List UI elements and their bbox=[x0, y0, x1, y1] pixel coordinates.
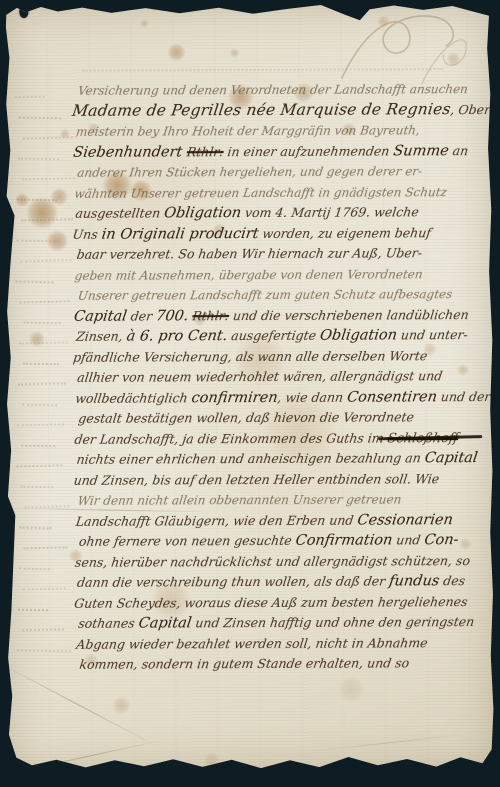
text-line: allhier von neuem wiederhohlet wären, al… bbox=[76, 365, 482, 387]
text-segment: fundus bbox=[388, 573, 440, 589]
bleedthrough-marks bbox=[22, 403, 57, 406]
text-line: baar verzehret. So haben Wir hiernach zu… bbox=[75, 242, 481, 264]
fox-stain bbox=[112, 697, 130, 715]
text-segment: Rthlr: bbox=[186, 144, 225, 159]
paper-hole bbox=[19, 6, 28, 18]
fox-stain bbox=[460, 538, 472, 550]
text-segment: und unter- bbox=[396, 327, 469, 342]
text-segment: allhier von neuem wiederhohlet wären, al… bbox=[76, 368, 443, 385]
text-line: sens, hierüber nachdrücklichst und aller… bbox=[74, 549, 483, 571]
bleedthrough-marks bbox=[22, 628, 64, 631]
text-segment: dann die verschreibung thun wollen, als … bbox=[76, 573, 390, 589]
fox-stain bbox=[342, 123, 356, 137]
text-line: gestalt bestätigen wollen, daß hievon di… bbox=[77, 406, 482, 428]
text-segment: und bbox=[391, 532, 425, 547]
text-segment: und Zinsen hafftig und ohne den geringst… bbox=[191, 614, 476, 630]
text-segment: Schloßhoff bbox=[387, 431, 460, 446]
text-segment: meisterin bey Ihro Hoheit der Marggräfin… bbox=[75, 123, 421, 139]
text-line: pfändliche Versicherung, als wann alle d… bbox=[72, 344, 482, 366]
text-segment: pfändliche Versicherung, als wann alle d… bbox=[72, 348, 428, 365]
text-segment: , Ober Hoff- bbox=[450, 101, 495, 116]
photo-background: Versicherung und denen Verordneten der L… bbox=[0, 0, 500, 787]
text-segment: Madame de Pegrilles née Marquise de Regn… bbox=[71, 100, 452, 120]
text-segment: , wie dann bbox=[277, 389, 349, 404]
bleedthrough-marks bbox=[21, 444, 55, 447]
text-segment: Siebenhundert bbox=[72, 144, 188, 161]
bleedthrough-marks bbox=[22, 177, 75, 180]
text-segment: Wir denn nicht allein obbenannten Unsere… bbox=[77, 492, 402, 507]
text-segment: ausgestellten bbox=[75, 205, 166, 220]
bleedthrough-marks bbox=[15, 96, 45, 99]
text-line: anderer Ihren Stücken hergeliehen, und g… bbox=[76, 160, 481, 182]
fox-stain bbox=[457, 364, 469, 376]
fox-stain bbox=[84, 654, 98, 668]
text-segment: wollbedächtiglich bbox=[74, 390, 192, 406]
text-line: wähnten Unserer getreuen Landschafft in … bbox=[73, 180, 481, 202]
text-line: ausgestellten Obligation vom 4. Martij 1… bbox=[74, 201, 481, 223]
text-segment: der bbox=[126, 308, 157, 323]
text-segment: des bbox=[438, 573, 466, 588]
text-line: der Landschafft, ja die Einkommen des Gu… bbox=[73, 426, 482, 448]
fox-stain bbox=[377, 15, 389, 27]
bleedthrough-marks bbox=[19, 567, 50, 570]
manuscript-text: Versicherung und denen Verordneten der L… bbox=[71, 78, 481, 674]
text-line: Abgang wieder bezahlet werden soll, nich… bbox=[75, 631, 483, 653]
bleedthrough-marks bbox=[20, 259, 71, 262]
text-segment: Rthlr: bbox=[191, 308, 230, 323]
text-line: ohne fernere von neuen gesuchte Confirma… bbox=[78, 529, 483, 551]
text-line: geben mit Ausnehmen, übergabe von denen … bbox=[74, 262, 482, 284]
text-segment: Confirmation bbox=[295, 532, 394, 548]
text-line: sothanes Capital und Zinsen hafftig und … bbox=[77, 611, 483, 633]
text-line: Zinsen, à 6. pro Cent. ausgefertigte Obl… bbox=[75, 324, 482, 346]
bleedthrough-marks bbox=[16, 280, 54, 283]
bleedthrough-marks bbox=[17, 198, 57, 201]
text-segment: geben mit Ausnehmen, übergabe von denen … bbox=[74, 267, 424, 283]
text-line: Wir denn nicht allein obbenannten Unsere… bbox=[77, 488, 483, 510]
text-segment: ohne fernere von neuen gesuchte bbox=[78, 533, 297, 549]
bleedthrough-marks bbox=[21, 218, 73, 221]
bleedthrough-marks bbox=[16, 239, 55, 242]
bleedthrough-marks bbox=[83, 68, 443, 72]
fox-stain bbox=[167, 43, 185, 61]
text-segment: anderer Ihren Stücken hergeliehen, und g… bbox=[76, 164, 423, 180]
text-segment: Landschafft Gläubigern, wie den Erben un… bbox=[75, 512, 359, 528]
fox-stain bbox=[102, 171, 132, 201]
text-segment: baar verzehret. So haben Wir hiernach zu… bbox=[76, 245, 423, 262]
text-segment: Versicherung und denen Verordneten der L… bbox=[77, 82, 469, 98]
text-segment: und der- bbox=[436, 388, 495, 403]
text-segment: Con- bbox=[423, 532, 459, 548]
bleedthrough-marks bbox=[23, 362, 59, 365]
fox-stain bbox=[60, 129, 70, 139]
bleedthrough-marks bbox=[23, 136, 77, 139]
text-line: Madame de Pegrilles née Marquise de Regn… bbox=[71, 98, 481, 120]
fox-stain bbox=[50, 188, 68, 206]
manuscript-page: Versicherung und denen Verordneten der L… bbox=[4, 2, 494, 773]
fox-stain bbox=[230, 48, 240, 58]
fox-stain bbox=[447, 52, 461, 66]
text-segment: Capital bbox=[424, 450, 479, 466]
text-segment: ausgefertigte bbox=[226, 328, 321, 343]
text-line: Guten Scheydes, woraus diese Auß zum bes… bbox=[73, 590, 483, 612]
bleedthrough-marks bbox=[18, 382, 66, 385]
text-line: Capital der 700. Rthlr: und die verschri… bbox=[73, 303, 482, 325]
fox-stain bbox=[423, 342, 437, 356]
bleedthrough-layer bbox=[4, 2, 491, 4]
text-segment: Consentiren bbox=[346, 389, 438, 405]
paper-vignette bbox=[4, 2, 494, 773]
fold-crease bbox=[7, 508, 217, 512]
fox-stain bbox=[234, 334, 286, 386]
fox-stain bbox=[151, 580, 191, 620]
text-line: kommen, sondern in gutem Stande erhalten… bbox=[78, 652, 483, 674]
bleedthrough-marks bbox=[24, 321, 61, 324]
text-segment: und Zinsen, bis auf den letzten Heller e… bbox=[73, 471, 441, 488]
bleedthrough-marks bbox=[20, 485, 53, 488]
text-segment: der Landschafft, ja die Einkommen des Gu… bbox=[74, 430, 389, 446]
bleedthrough-marks bbox=[18, 608, 48, 611]
text-segment: Zinsen, bbox=[75, 329, 128, 344]
fox-stain bbox=[15, 193, 29, 207]
text-line: Landschafft Gläubigern, wie den Erben un… bbox=[75, 508, 483, 530]
text-line: Unserer getreuen Landschafft zum guten S… bbox=[77, 283, 482, 305]
text-segment: Obligation bbox=[163, 205, 242, 221]
bleedthrough-marks bbox=[16, 464, 62, 467]
fold-creases bbox=[4, 2, 491, 4]
fox-stain bbox=[264, 394, 336, 466]
fold-crease bbox=[308, 734, 467, 752]
stains-layer bbox=[4, 2, 491, 4]
text-segment: Unserer getreuen Landschafft zum guten S… bbox=[77, 287, 453, 303]
text-segment: vom 4. Martij 1769. welche bbox=[240, 204, 420, 220]
bleedthrough-marks bbox=[17, 649, 71, 652]
text-segment: an bbox=[448, 143, 470, 158]
text-segment: Abgang wieder bezahlet werden soll, nich… bbox=[76, 635, 429, 652]
fox-stain bbox=[212, 223, 226, 237]
bleedthrough-marks bbox=[19, 341, 68, 344]
fox-stain bbox=[294, 83, 314, 103]
fox-stain bbox=[26, 197, 58, 229]
text-line: und Zinsen, bis auf den letzten Heller e… bbox=[72, 467, 482, 489]
fox-stain bbox=[69, 549, 83, 563]
text-segment: Capital bbox=[138, 615, 193, 631]
bleedthrough-marks bbox=[25, 505, 70, 508]
fox-stain bbox=[338, 677, 364, 703]
text-segment: Capital bbox=[73, 308, 128, 324]
text-segment: kommen, sondern in gutem Stande erhalten… bbox=[79, 655, 411, 671]
text-line: meisterin bey Ihro Hoheit der Marggräfin… bbox=[75, 119, 481, 141]
text-segment: und die verschriebenen landüblichen bbox=[228, 307, 470, 323]
bleedthrough-marks bbox=[20, 526, 52, 529]
bleedthrough-marks bbox=[19, 116, 61, 119]
fox-stain bbox=[140, 19, 148, 27]
text-line: Siebenhundert Rthlr: in einer aufzunehme… bbox=[72, 139, 481, 161]
paper-sheet: Versicherung und denen Verordneten der L… bbox=[4, 2, 494, 773]
text-line: wollbedächtiglich confirmiren, wie dann … bbox=[74, 385, 482, 407]
text-segment bbox=[187, 308, 193, 323]
text-line: Versicherung und denen Verordneten der L… bbox=[77, 78, 481, 100]
text-segment: à 6. pro Cent. bbox=[126, 328, 229, 344]
text-segment: confirmiren bbox=[190, 389, 278, 405]
fox-stain bbox=[88, 123, 100, 135]
fox-stain bbox=[194, 314, 206, 326]
heavy-strike-mark bbox=[378, 435, 482, 440]
text-segment: nichts einer ehrlichen und anheischigen … bbox=[76, 450, 426, 467]
text-segment: Cessionarien bbox=[356, 512, 454, 528]
text-segment: worden, zu eigenem behuf bbox=[258, 225, 432, 241]
text-segment: Summe bbox=[392, 143, 450, 159]
bleedthrough-marks bbox=[17, 423, 64, 426]
text-segment: 700. bbox=[155, 308, 189, 324]
bleedthrough-marks bbox=[23, 587, 66, 590]
text-line: dann die verschreibung thun wollen, als … bbox=[76, 570, 483, 592]
text-line: Uns in Originali producirt worden, zu ei… bbox=[71, 221, 481, 243]
fold-crease bbox=[4, 662, 157, 747]
text-segment: Guten Scheydes, woraus diese Auß zum bes… bbox=[73, 594, 468, 611]
text-segment: sens, hierüber nachdrücklichst und aller… bbox=[74, 553, 471, 570]
fox-stain bbox=[204, 752, 220, 768]
bleedthrough-marks bbox=[24, 546, 68, 549]
fox-stain bbox=[130, 179, 152, 201]
text-line: nichts einer ehrlichen und anheischigen … bbox=[75, 447, 482, 469]
text-segment: in Originali producirt bbox=[101, 225, 260, 242]
text-segment: Uns bbox=[72, 226, 103, 241]
bleedthrough-marks bbox=[18, 157, 59, 160]
text-segment: Obligation bbox=[319, 327, 398, 343]
text-segment: wähnten Unserer getreuen Landschafft in … bbox=[74, 185, 448, 201]
text-segment: sothanes bbox=[77, 615, 139, 630]
fox-stain bbox=[46, 230, 68, 252]
fox-stain bbox=[29, 331, 45, 347]
ink-flourish-icon bbox=[333, 4, 483, 93]
text-segment: in einer aufzunehmenden bbox=[223, 143, 395, 159]
text-segment: gestalt bestätigen wollen, daß hievon di… bbox=[78, 409, 416, 425]
fox-stain bbox=[228, 84, 254, 110]
bleedthrough-marks bbox=[20, 300, 70, 303]
fold-crease bbox=[15, 740, 162, 773]
